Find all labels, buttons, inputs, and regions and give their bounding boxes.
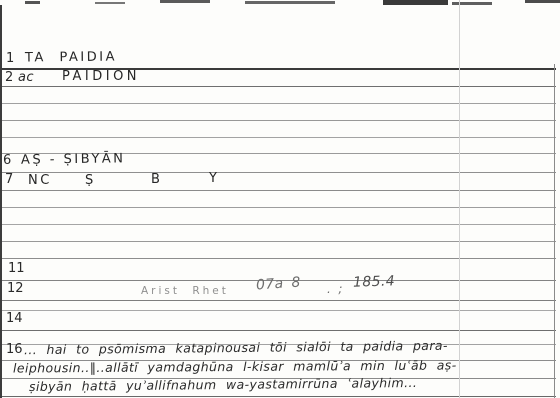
entry-12-number: 12 bbox=[7, 282, 24, 295]
ruled-line bbox=[1, 310, 556, 311]
ruled-line bbox=[1, 258, 556, 259]
ruled-line bbox=[1, 103, 556, 104]
ruled-line bbox=[1, 300, 556, 301]
scan-artifact-segment bbox=[525, 0, 560, 3]
ruled-line bbox=[1, 137, 556, 138]
ruled-line bbox=[1, 120, 556, 121]
entry-12-punctuation: . ; bbox=[327, 283, 343, 295]
entry-7-col-2: Ṣ bbox=[85, 174, 96, 187]
entry-7-col-4: Y bbox=[209, 172, 219, 185]
entry-2-number: 2 bbox=[5, 71, 13, 84]
ruled-line bbox=[1, 86, 556, 87]
ruled-line bbox=[1, 330, 556, 331]
index-card: 1 TA PAIDIA 2 ac PAIDION 6 AṢ - ṢIBYĀN 7… bbox=[0, 0, 560, 398]
entry-2-tag: ac bbox=[18, 71, 34, 84]
entry-16-quote-line-2: leiphousin..‖..allātī yamdaghūna l-kisar… bbox=[13, 359, 457, 375]
entry-2-headword: PAIDION bbox=[62, 70, 140, 83]
scan-artifact-segment bbox=[160, 0, 210, 3]
ruled-line bbox=[1, 207, 556, 208]
entry-16-number: 16 bbox=[6, 343, 23, 356]
entry-11-number: 11 bbox=[8, 262, 25, 275]
scan-artifact-segment bbox=[452, 2, 492, 5]
vertical-margin-line bbox=[459, 0, 460, 398]
entry-12-citation: Arist Rhet bbox=[141, 286, 229, 297]
scan-artifact-segment bbox=[95, 2, 125, 4]
ruled-line bbox=[1, 396, 556, 397]
ruled-line bbox=[1, 190, 556, 191]
scan-artifact-segment bbox=[245, 1, 335, 4]
right-edge-line bbox=[554, 64, 555, 398]
left-edge-line bbox=[0, 5, 2, 398]
ruled-line bbox=[1, 224, 556, 225]
entry-7-number: 7 bbox=[5, 173, 13, 186]
entry-16-quote-line-1: ... hai to psōmisma katapinousai tōi sia… bbox=[24, 340, 448, 357]
entry-16-quote-line-3: ṣibyān ḥattā yuʾallifnahum wa-yastamirrū… bbox=[29, 377, 417, 394]
scan-artifact-segment bbox=[25, 1, 40, 4]
ruled-line bbox=[1, 241, 556, 242]
entry-6-headword: AṢ - ṢIBYĀN bbox=[21, 152, 126, 166]
entry-12-page-ref: 185.4 bbox=[353, 274, 396, 289]
scan-artifact-segment bbox=[383, 0, 448, 5]
entry-6-number: 6 bbox=[3, 154, 11, 167]
entry-7-col-1: NC bbox=[28, 174, 52, 187]
entry-1-number: 1 bbox=[6, 52, 14, 65]
entry-7-col-3: B bbox=[151, 173, 162, 186]
entry-1-headword: TA PAIDIA bbox=[25, 51, 117, 65]
entry-12-locus: 07a 8 bbox=[256, 275, 302, 292]
entry-14-number: 14 bbox=[6, 312, 23, 325]
